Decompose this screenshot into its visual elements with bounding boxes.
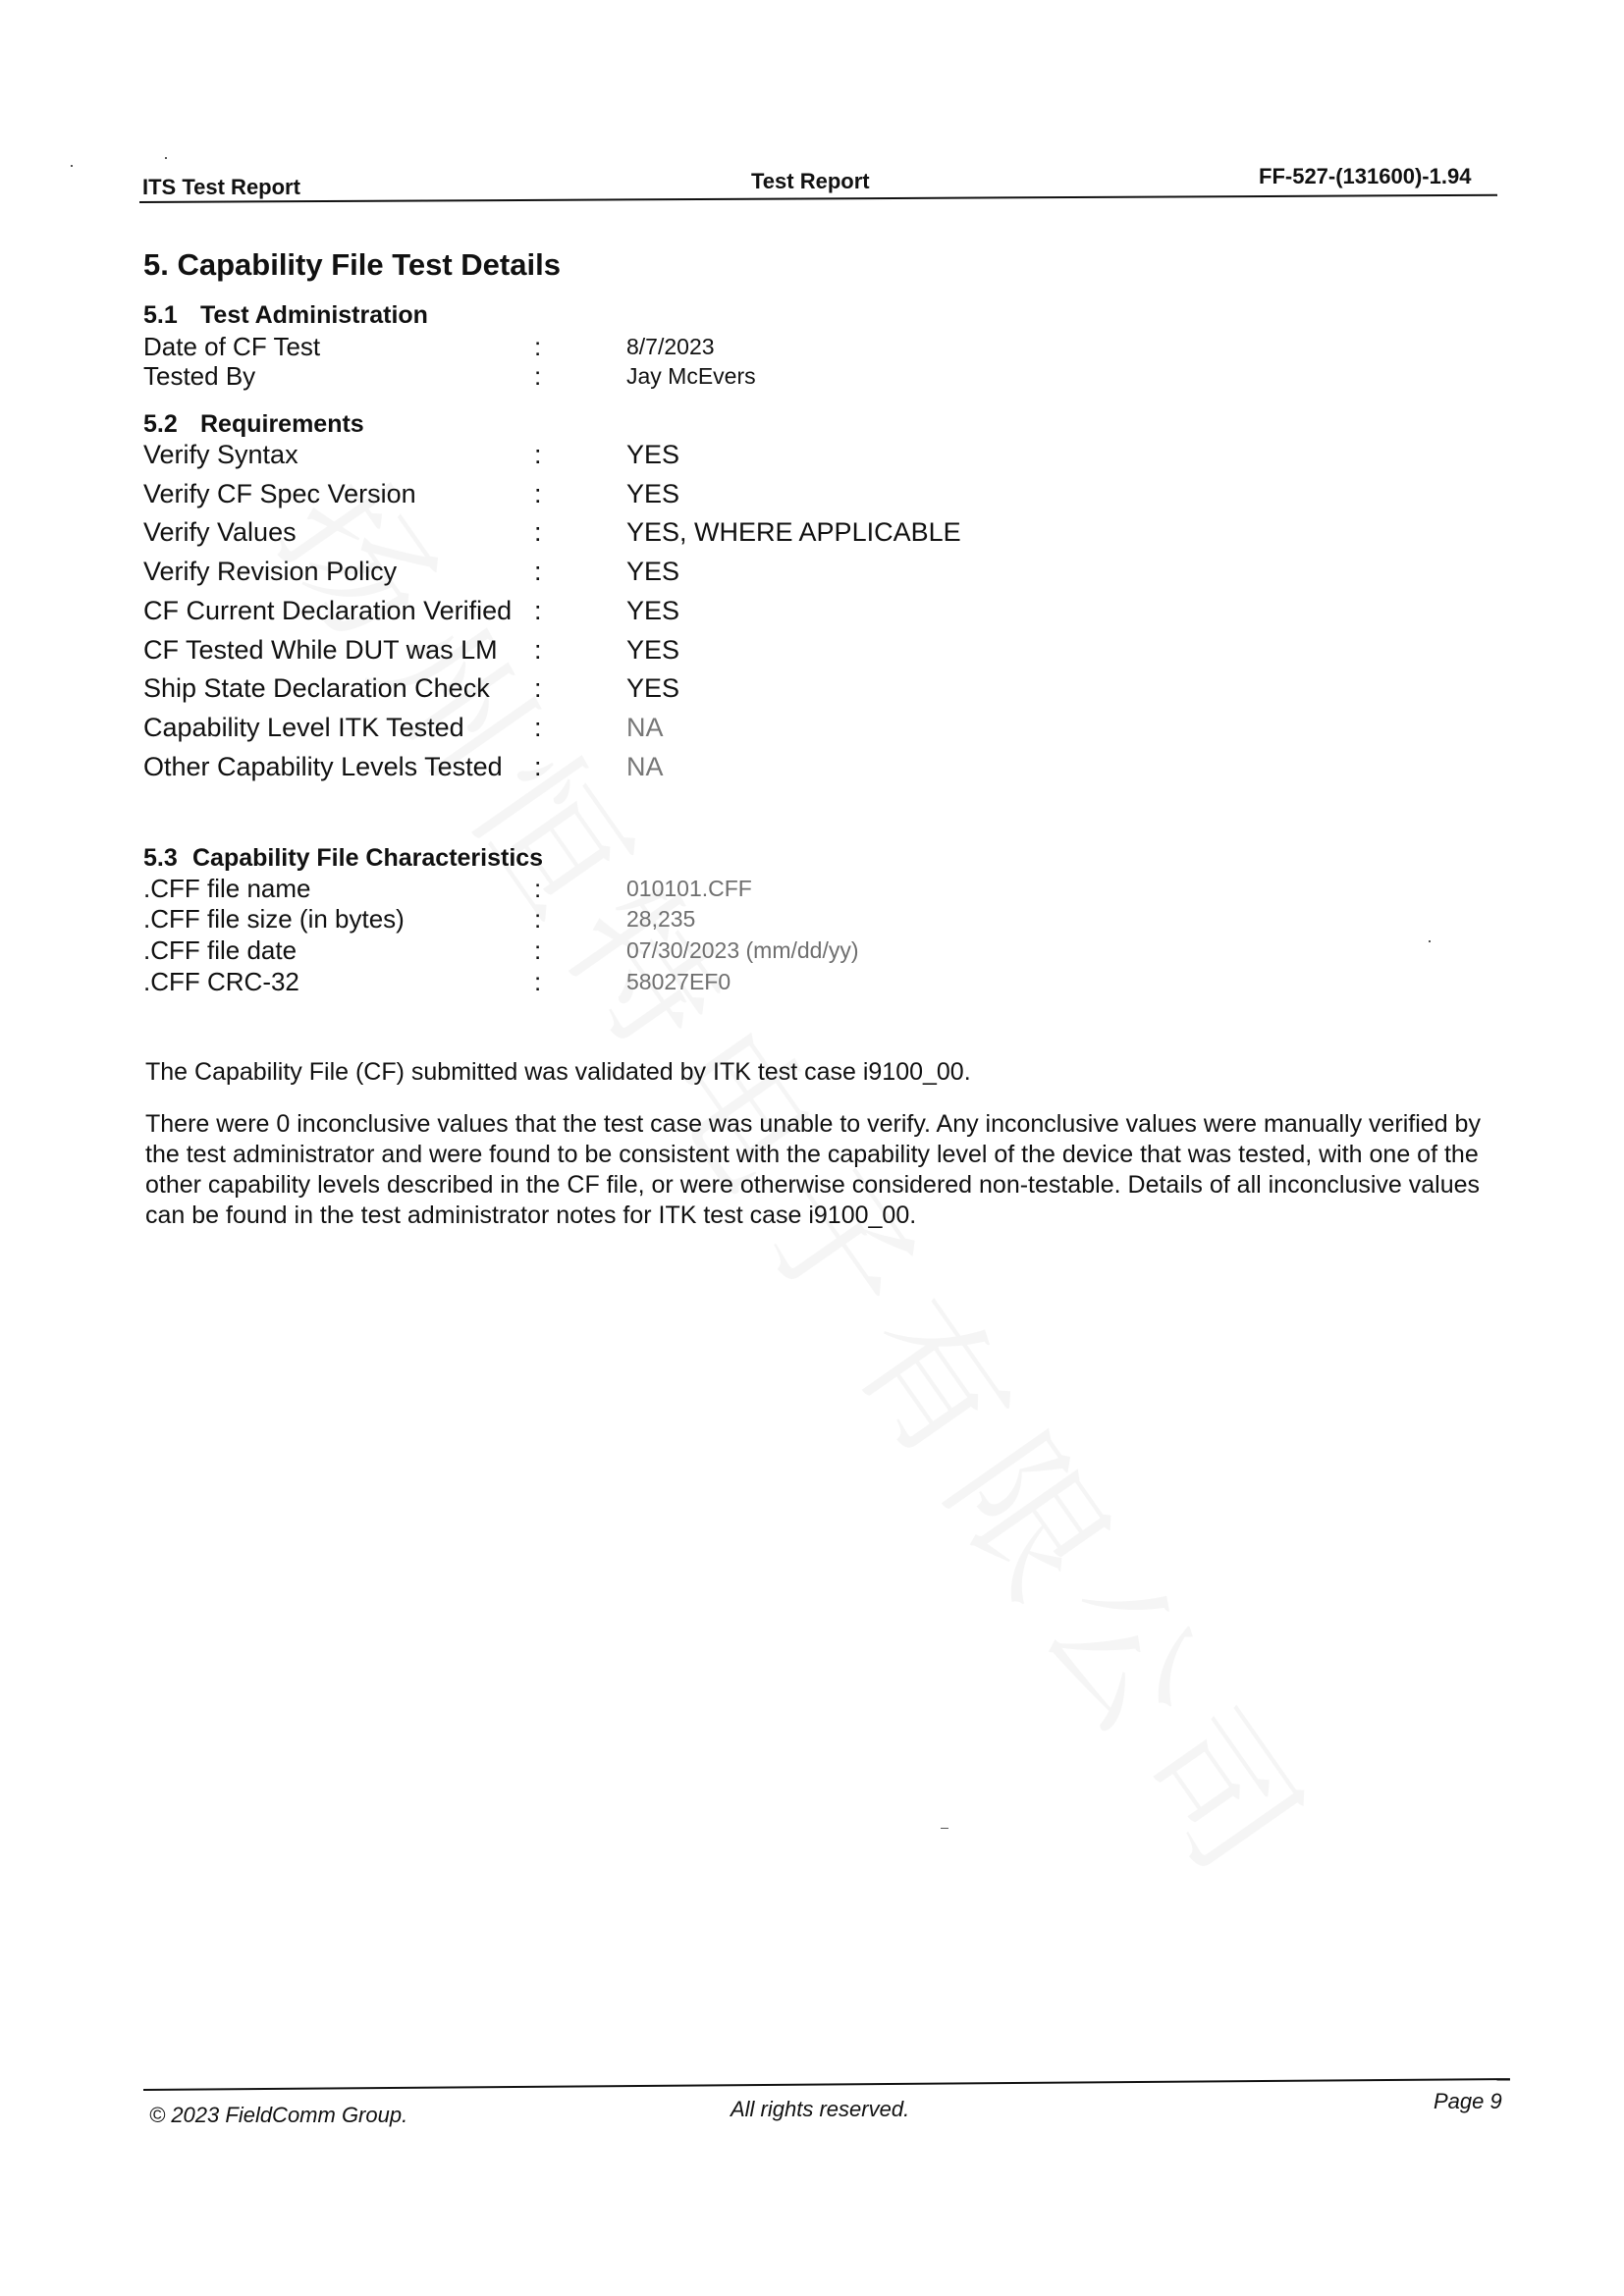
section-title: 5. Capability File Test Details bbox=[143, 247, 561, 283]
field-label: .CFF file date bbox=[143, 935, 297, 966]
field-row: Verify CF Spec Version:YES bbox=[143, 479, 1125, 512]
subsection-title: Test Administration bbox=[200, 301, 428, 329]
footer-copyright: © 2023 FieldComm Group. bbox=[149, 2103, 407, 2128]
field-value: 28,235 bbox=[626, 906, 695, 933]
field-separator: : bbox=[534, 332, 541, 362]
field-value-tested-by: Jay McEvers bbox=[626, 363, 756, 390]
field-label: CF Tested While DUT was LM bbox=[143, 635, 498, 666]
subsection-title: Requirements bbox=[200, 410, 364, 438]
field-label: .CFF CRC-32 bbox=[143, 967, 299, 997]
field-row: Date of CF Test : 8/7/2023 bbox=[143, 332, 1125, 365]
subsection-number: 5.2 bbox=[143, 410, 200, 439]
subsection-title: Capability File Characteristics bbox=[192, 844, 543, 872]
field-value: YES bbox=[626, 635, 679, 666]
subsection-number: 5.3 bbox=[143, 844, 192, 873]
field-row: .CFF CRC-32:58027EF0 bbox=[143, 967, 1125, 1000]
field-separator: : bbox=[534, 967, 541, 997]
field-value: YES bbox=[626, 673, 679, 704]
field-label: Ship State Declaration Check bbox=[143, 673, 490, 704]
scan-speck bbox=[165, 157, 167, 159]
field-separator: : bbox=[534, 440, 542, 470]
scan-speck bbox=[71, 165, 73, 167]
field-value: 010101.CFF bbox=[626, 876, 752, 902]
subsection-number: 5.1 bbox=[143, 301, 200, 330]
field-value: YES bbox=[626, 596, 679, 626]
field-row: .CFF file date:07/30/2023 (mm/dd/yy) bbox=[143, 935, 1125, 969]
field-row: Capability Level ITK Tested:NA bbox=[143, 713, 1125, 746]
field-value: 58027EF0 bbox=[626, 969, 731, 995]
field-row: Other Capability Levels Tested:NA bbox=[143, 752, 1125, 785]
field-label: Date of CF Test bbox=[143, 332, 320, 362]
field-label: .CFF file name bbox=[143, 874, 311, 904]
header-title: Test Report bbox=[751, 169, 870, 194]
field-separator: : bbox=[534, 479, 542, 509]
field-label: Verify Values bbox=[143, 517, 297, 548]
subsection-heading-test-administration: 5.1Test Administration bbox=[143, 301, 428, 330]
field-separator: : bbox=[534, 673, 542, 704]
field-row: Tested By : Jay McEvers bbox=[143, 361, 1125, 395]
field-label: Other Capability Levels Tested bbox=[143, 752, 503, 782]
field-row: .CFF file size (in bytes):28,235 bbox=[143, 904, 1125, 937]
scan-speck bbox=[941, 1828, 948, 1829]
footer-divider bbox=[143, 2078, 1510, 2091]
header-divider bbox=[139, 194, 1497, 203]
header-document-id: FF-527-(131600)-1.94 bbox=[1259, 164, 1471, 189]
field-value: NA bbox=[626, 713, 664, 743]
subsection-heading-characteristics: 5.3Capability File Characteristics bbox=[143, 844, 543, 873]
footer-rights: All rights reserved. bbox=[731, 2097, 909, 2122]
field-label: Verify Syntax bbox=[143, 440, 298, 470]
field-row: CF Tested While DUT was LM:YES bbox=[143, 635, 1125, 668]
field-label: CF Current Declaration Verified bbox=[143, 596, 512, 626]
field-separator: : bbox=[534, 596, 542, 626]
field-separator: : bbox=[534, 517, 542, 548]
inconclusive-values-statement: There were 0 inconclusive values that th… bbox=[145, 1109, 1500, 1231]
field-label: .CFF file size (in bytes) bbox=[143, 904, 405, 934]
field-label: Verify CF Spec Version bbox=[143, 479, 416, 509]
field-row: Verify Revision Policy:YES bbox=[143, 557, 1125, 590]
field-row: Verify Values:YES, WHERE APPLICABLE bbox=[143, 517, 1125, 551]
scan-speck bbox=[1429, 940, 1431, 942]
field-row: Verify Syntax:YES bbox=[143, 440, 1125, 473]
field-value: YES bbox=[626, 440, 679, 470]
subsection-heading-requirements: 5.2Requirements bbox=[143, 410, 364, 439]
field-value: 07/30/2023 (mm/dd/yy) bbox=[626, 937, 859, 964]
field-value-date-of-cf-test: 8/7/2023 bbox=[626, 334, 715, 360]
footer-page-number: Page 9 bbox=[1434, 2089, 1502, 2114]
field-label: Tested By bbox=[143, 361, 255, 392]
header-report-name: ITS Test Report bbox=[142, 175, 300, 200]
field-value: YES bbox=[626, 557, 679, 587]
field-separator: : bbox=[534, 713, 542, 743]
field-value: NA bbox=[626, 752, 664, 782]
field-separator: : bbox=[534, 935, 541, 966]
field-value: YES bbox=[626, 479, 679, 509]
field-row: .CFF file name:010101.CFF bbox=[143, 874, 1125, 907]
field-row: CF Current Declaration Verified:YES bbox=[143, 596, 1125, 629]
field-separator: : bbox=[534, 752, 542, 782]
field-label: Capability Level ITK Tested bbox=[143, 713, 464, 743]
field-row: Ship State Declaration Check:YES bbox=[143, 673, 1125, 707]
field-separator: : bbox=[534, 361, 541, 392]
validation-statement: The Capability File (CF) submitted was v… bbox=[145, 1057, 1500, 1088]
field-separator: : bbox=[534, 874, 541, 904]
field-separator: : bbox=[534, 904, 541, 934]
field-separator: : bbox=[534, 635, 542, 666]
field-label: Verify Revision Policy bbox=[143, 557, 397, 587]
field-separator: : bbox=[534, 557, 542, 587]
field-value: YES, WHERE APPLICABLE bbox=[626, 517, 961, 548]
